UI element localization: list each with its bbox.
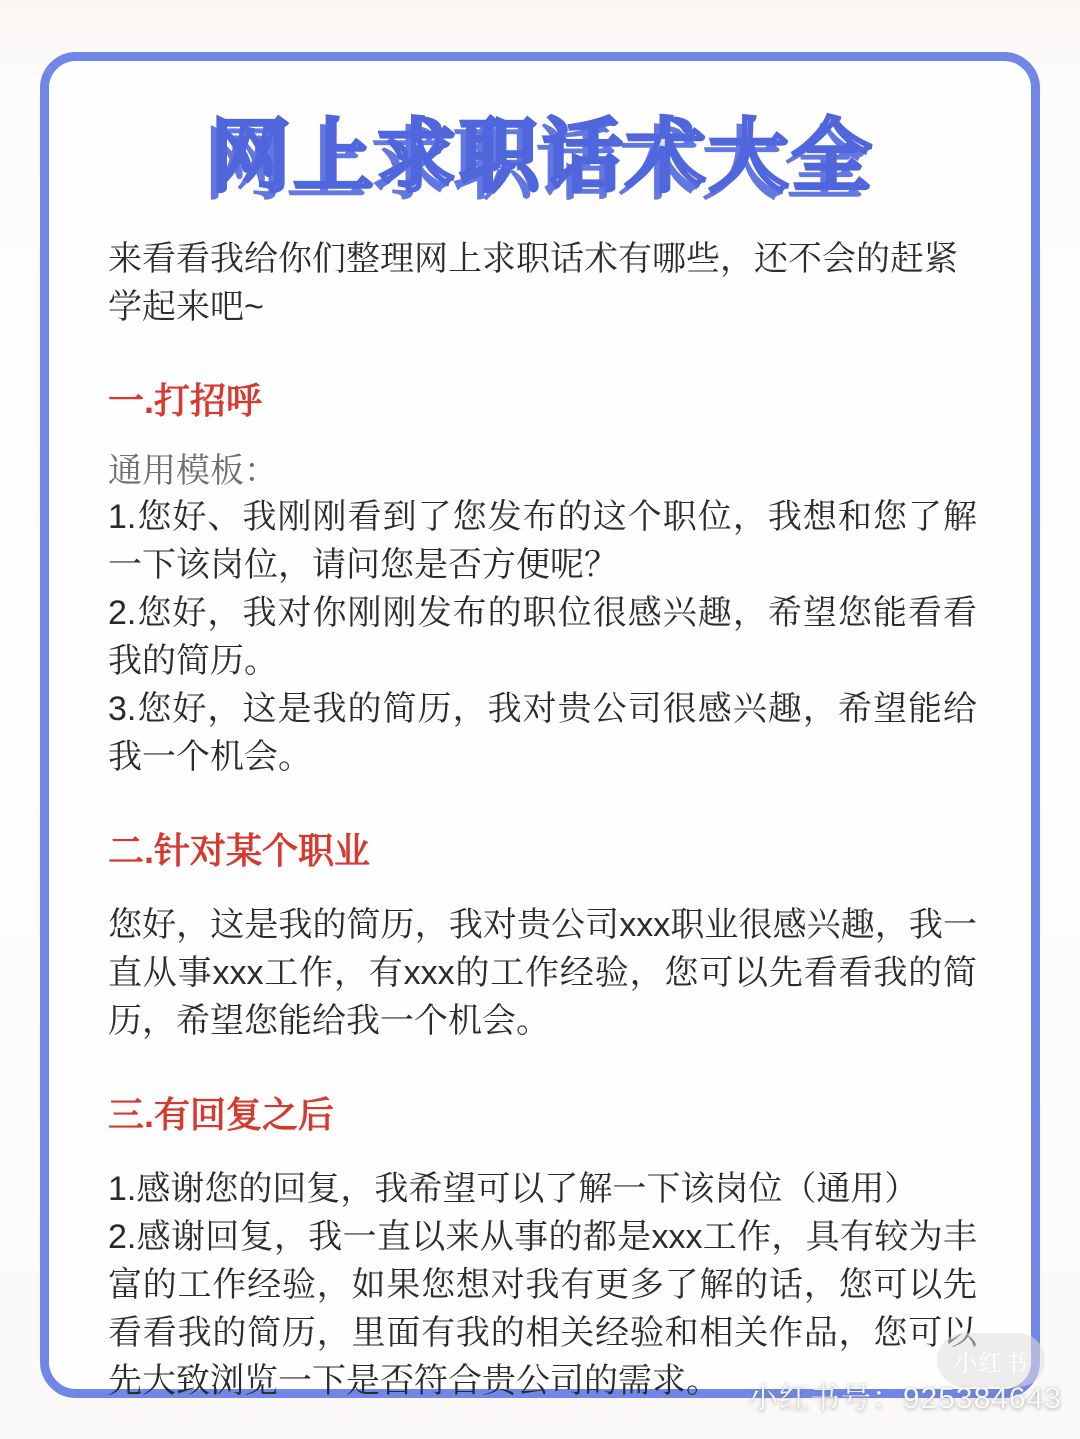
section-subheading: 通用模板： xyxy=(108,449,977,493)
section-heading: 一.打招呼 xyxy=(108,381,977,421)
xiaohongshu-account-watermark: 小红书号：925384643 xyxy=(748,1373,1062,1417)
section-specific-job: 二.针对某个职业 您好，这是我的简历，我对贵公司xxx职业很感兴趣，我一直从事x… xyxy=(108,831,977,1045)
template-item: 1.您好、我刚刚看到了您发布的这个职位，我想和您了解一下该岗位，请问您是否方便呢… xyxy=(108,493,977,589)
template-item: 3.您好，这是我的简历，我对贵公司很感兴趣，希望能给我一个机会。 xyxy=(108,685,977,781)
template-item: 1.感谢您的回复，我希望可以了解一下该岗位（通用） xyxy=(108,1165,977,1213)
section-greeting: 一.打招呼 通用模板： 1.您好、我刚刚看到了您发布的这个职位，我想和您了解一下… xyxy=(108,381,977,781)
page-title: 网上求职话术大全 xyxy=(108,109,977,205)
section-after-reply: 三.有回复之后 1.感谢您的回复，我希望可以了解一下该岗位（通用） 2.感谢回复… xyxy=(108,1095,977,1405)
section-heading: 三.有回复之后 xyxy=(108,1095,977,1135)
template-item: 2.您好，我对你刚刚发布的职位很感兴趣，希望您能看看我的简历。 xyxy=(108,589,977,685)
post-card: 网上求职话术大全 来看看我给你们整理网上求职话术有哪些，还不会的赶紧学起来吧~ … xyxy=(40,52,1040,1398)
template-item: 您好，这是我的简历，我对贵公司xxx职业很感兴趣，我一直从事xxx工作，有xxx… xyxy=(108,901,977,1045)
intro-text: 来看看我给你们整理网上求职话术有哪些，还不会的赶紧学起来吧~ xyxy=(108,235,977,331)
section-heading: 二.针对某个职业 xyxy=(108,831,977,871)
